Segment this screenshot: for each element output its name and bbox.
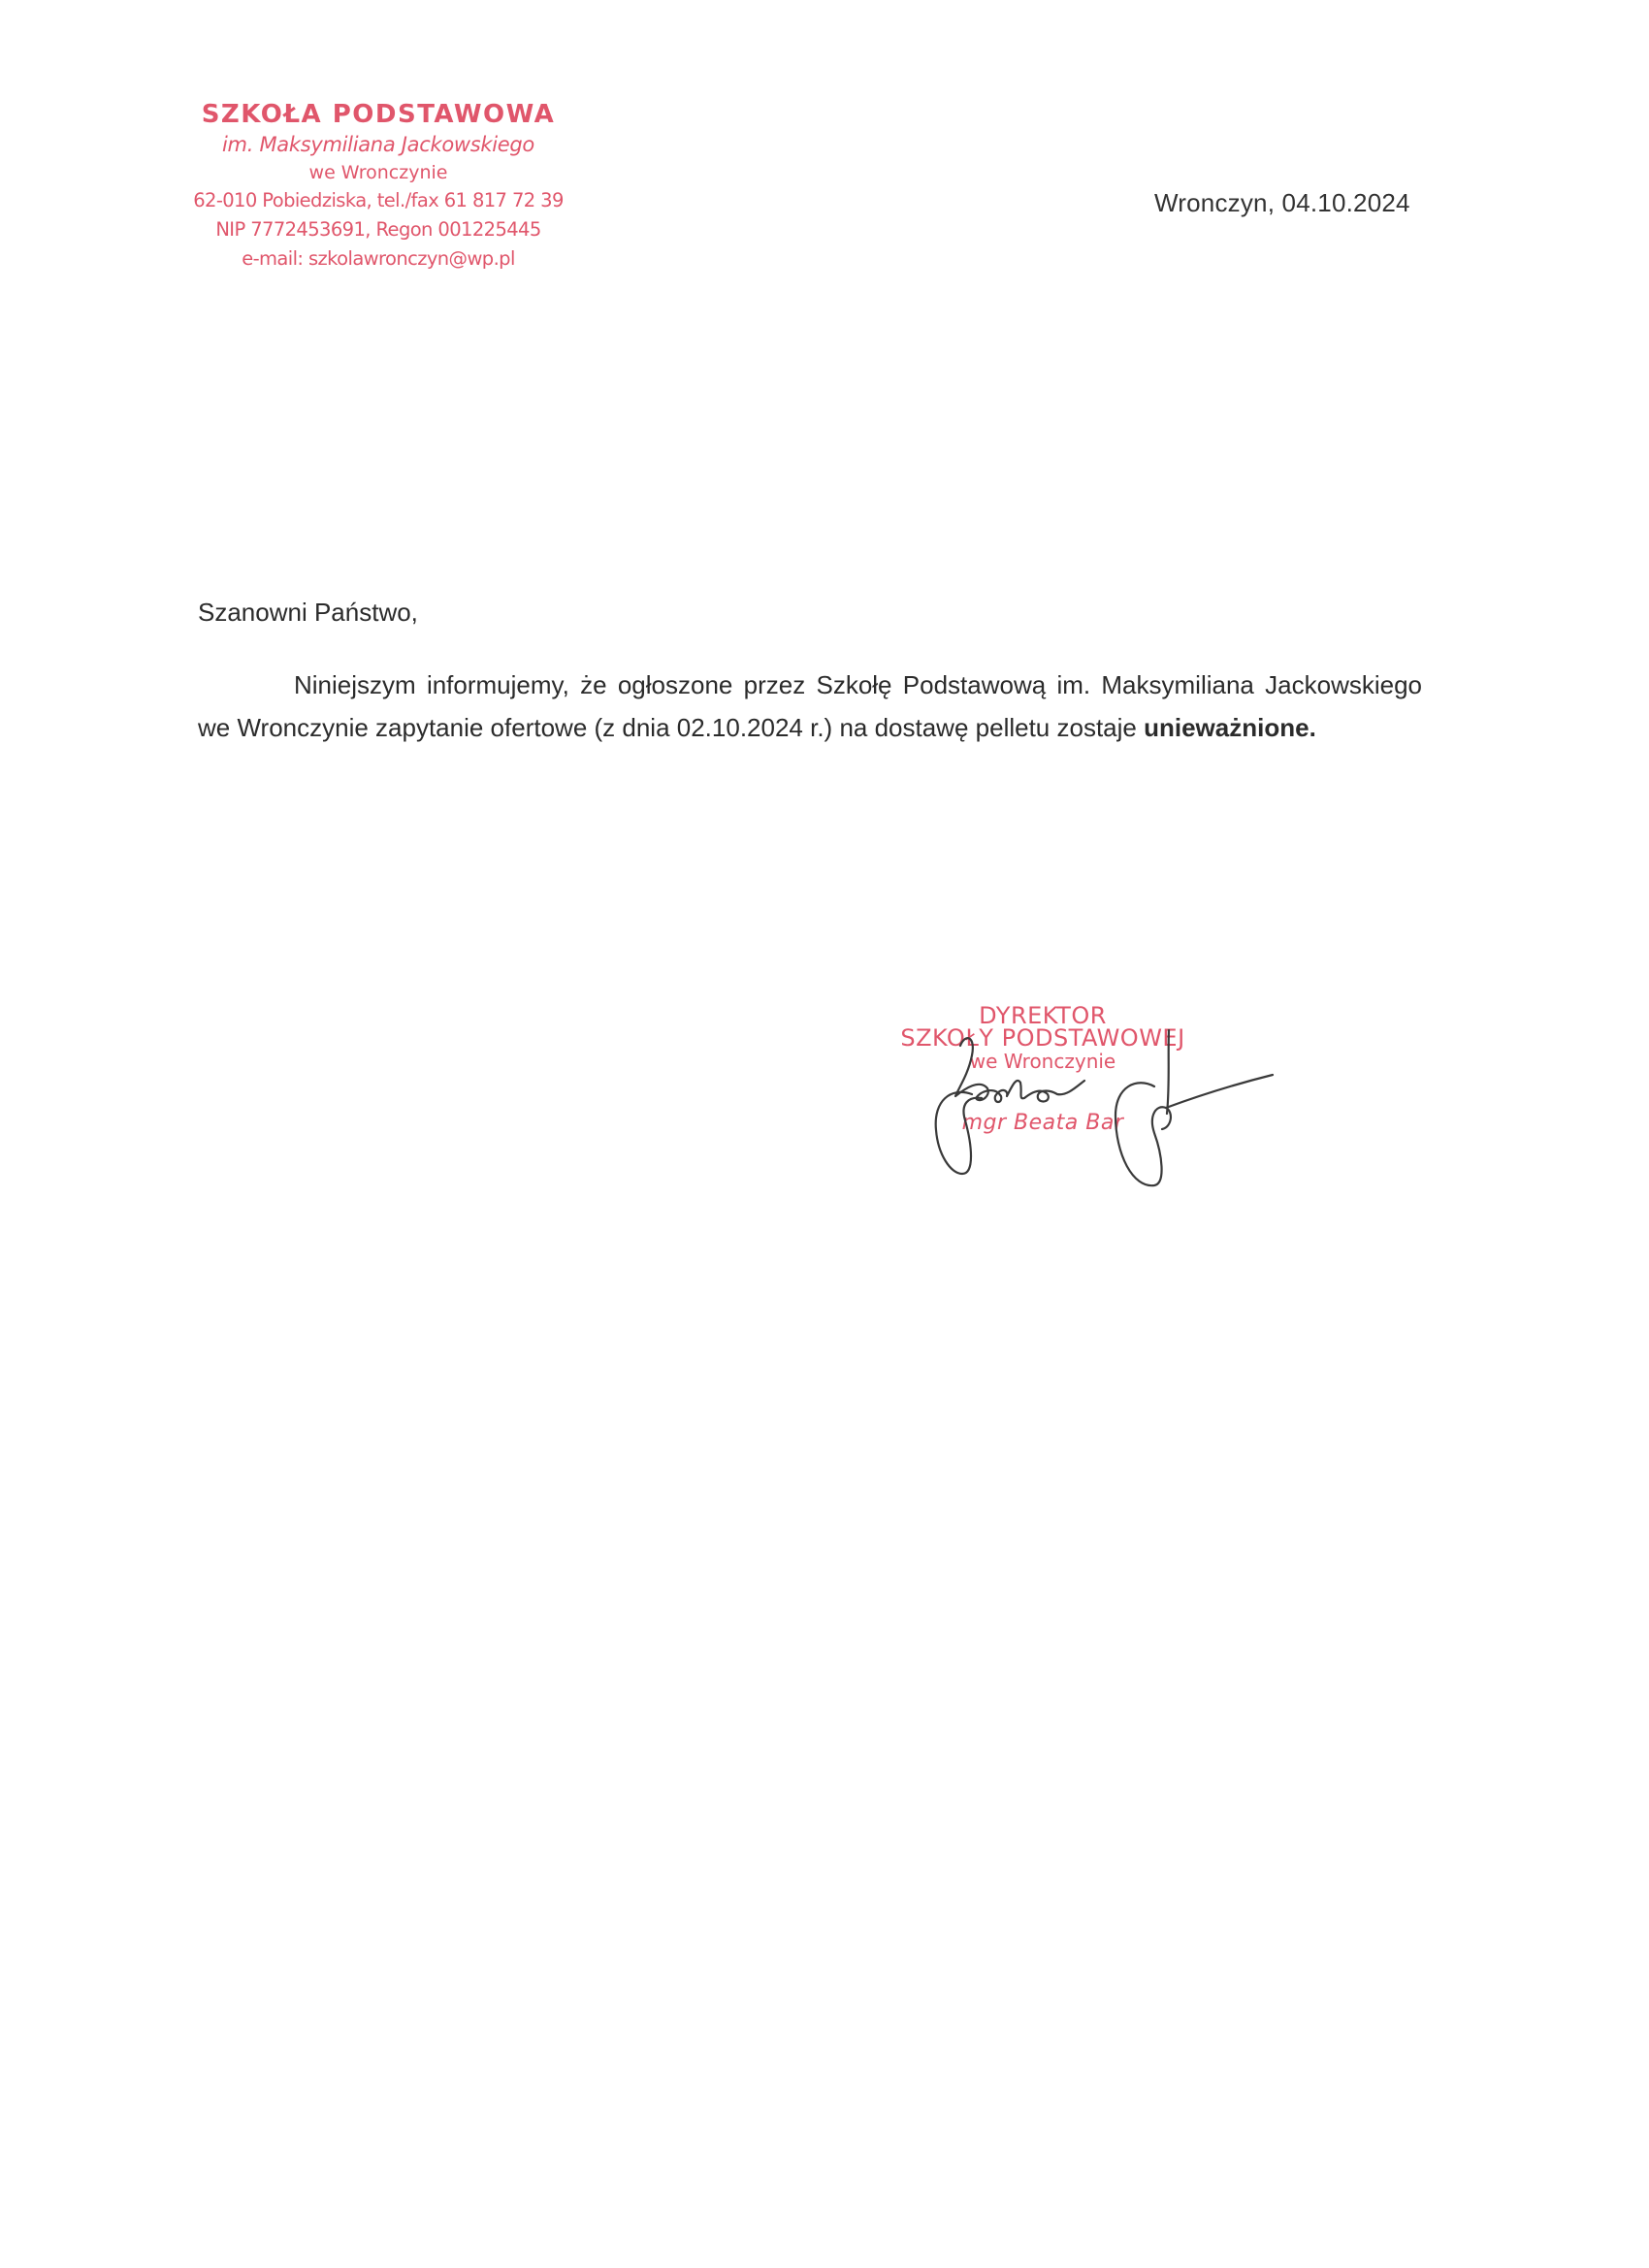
letter-body: Niniejszym informujemy, że ogłoszone prz… <box>198 664 1422 749</box>
salutation: Szanowni Państwo, <box>198 598 1422 628</box>
cancelled-emphasis: unieważnione. <box>1144 713 1316 742</box>
handwritten-signature-icon <box>912 1019 1300 1213</box>
letter-page: SZKOŁA PODSTAWOWA im. Maksymiliana Jacko… <box>0 0 1649 2268</box>
school-email: e-mail: szkolawronczyn@wp.pl <box>175 244 582 274</box>
place-and-date: Wronczyn, 04.10.2024 <box>1154 188 1410 218</box>
school-address: 62-010 Pobiedziska, tel./fax 61 817 72 3… <box>175 186 582 215</box>
school-ids: NIP 7772453691, Regon 001225445 <box>175 215 582 244</box>
school-name: SZKOŁA PODSTAWOWA <box>175 99 582 130</box>
school-town: we Wronczynie <box>175 159 582 186</box>
school-patron: im. Maksymiliana Jackowskiego <box>175 130 582 159</box>
school-header-stamp: SZKOŁA PODSTAWOWA im. Maksymiliana Jacko… <box>175 99 582 274</box>
